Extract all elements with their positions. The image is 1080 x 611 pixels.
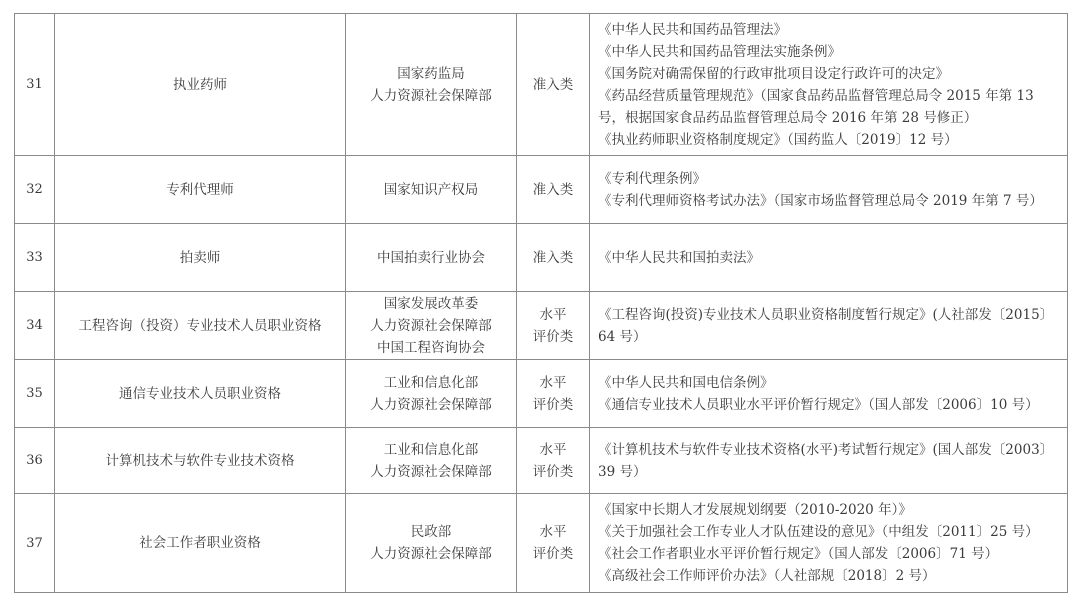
qualification-type-cell: 水平评价类 — [517, 292, 590, 360]
legal-basis-line: 《中华人民共和国药品管理法》 — [598, 19, 1063, 41]
row-number-cell: 32 — [15, 156, 55, 224]
qualification-name-cell: 计算机技术与软件专业技术资格 — [55, 428, 346, 494]
table-row: 32专利代理师国家知识产权局准入类《专利代理条例》《专利代理师资格考试办法》（国… — [15, 156, 1068, 224]
legal-basis-line: 《中华人民共和国药品管理法实施条例》 — [598, 41, 1063, 63]
table-row: 36计算机技术与软件专业技术资格工业和信息化部人力资源社会保障部水平评价类《计算… — [15, 428, 1068, 494]
table-row: 37社会工作者职业资格民政部人力资源社会保障部水平评价类《国家中长期人才发展规划… — [15, 494, 1068, 593]
table-body: 31执业药师国家药监局人力资源社会保障部准入类《中华人民共和国药品管理法》《中华… — [15, 14, 1068, 593]
qualification-type-cell: 准入类 — [517, 224, 590, 292]
department-name: 工业和信息化部 — [346, 372, 516, 394]
qualification-name-cell: 社会工作者职业资格 — [55, 494, 346, 593]
legal-basis-cell: 《计算机技术与软件专业技术资格(水平)考试暂行规定》(国人部发〔2003〕39 … — [590, 428, 1068, 494]
legal-basis-line: 《通信专业技术人员职业水平评价暂行规定》（国人部发〔2006〕10 号） — [598, 394, 1063, 416]
legal-basis-line: 《高级社会工作师评价办法》（人社部规〔2018〕2 号） — [598, 565, 1063, 587]
department-name: 中国工程咨询协会 — [346, 337, 516, 359]
legal-basis-line: 《国家中长期人才发展规划纲要（2010-2020 年）》 — [598, 499, 1063, 521]
qualification-type: 准入类 — [517, 74, 589, 96]
legal-basis-cell: 《工程咨询(投资)专业技术人员职业资格制度暂行规定》(人社部发〔2015〕64 … — [590, 292, 1068, 360]
row-number-cell: 36 — [15, 428, 55, 494]
row-number: 35 — [26, 386, 43, 401]
legal-basis-line: 64 号） — [598, 326, 1063, 348]
qualification-type-cell: 水平评价类 — [517, 494, 590, 593]
department-name: 人力资源社会保障部 — [346, 315, 516, 337]
qualification-type: 准入类 — [517, 179, 589, 201]
qualification-type-cell: 水平评价类 — [517, 428, 590, 494]
qualification-type: 评价类 — [517, 461, 589, 483]
legal-basis-line: 《关于加强社会工作专业人才队伍建设的意见》（中组发〔2011〕25 号） — [598, 521, 1063, 543]
row-number-cell: 33 — [15, 224, 55, 292]
legal-basis-line: 《国务院对确需保留的行政审批项目设定行政许可的决定》 — [598, 63, 1063, 85]
department-cell: 中国拍卖行业协会 — [346, 224, 517, 292]
legal-basis-line: 《专利代理条例》 — [598, 168, 1063, 190]
qualification-name: 社会工作者职业资格 — [55, 532, 345, 554]
legal-basis-line: 《药品经营质量管理规范》（国家食品药品监督管理总局令 2015 年第 13 — [598, 85, 1063, 107]
department-name: 国家知识产权局 — [346, 179, 516, 201]
department-cell: 民政部人力资源社会保障部 — [346, 494, 517, 593]
qualification-name: 通信专业技术人员职业资格 — [55, 383, 345, 405]
legal-basis-cell: 《中华人民共和国电信条例》《通信专业技术人员职业水平评价暂行规定》（国人部发〔2… — [590, 360, 1068, 428]
legal-basis-line: 《计算机技术与软件专业技术资格(水平)考试暂行规定》(国人部发〔2003〕 — [598, 439, 1063, 461]
qualification-type: 评价类 — [517, 326, 589, 348]
department-cell: 工业和信息化部人力资源社会保障部 — [346, 360, 517, 428]
legal-basis-line: 《中华人民共和国拍卖法》 — [598, 247, 1063, 269]
table-row: 31执业药师国家药监局人力资源社会保障部准入类《中华人民共和国药品管理法》《中华… — [15, 14, 1068, 156]
department-name: 人力资源社会保障部 — [346, 85, 516, 107]
qualification-type-cell: 准入类 — [517, 14, 590, 156]
qualification-name: 计算机技术与软件专业技术资格 — [55, 450, 345, 472]
department-name: 中国拍卖行业协会 — [346, 247, 516, 269]
legal-basis-cell: 《专利代理条例》《专利代理师资格考试办法》（国家市场监督管理总局令 2019 年… — [590, 156, 1068, 224]
qualification-name: 执业药师 — [55, 74, 345, 96]
legal-basis-line: 号，根据国家食品药品监督管理总局令 2016 年第 28 号修正） — [598, 107, 1063, 129]
legal-basis-line: 《执业药师职业资格制度规定》（国药监人〔2019〕12 号） — [598, 129, 1063, 151]
department-cell: 国家发展改革委人力资源社会保障部中国工程咨询协会 — [346, 292, 517, 360]
qualification-type: 水平 — [517, 304, 589, 326]
legal-basis-line: 39 号） — [598, 461, 1063, 483]
qualification-name-cell: 拍卖师 — [55, 224, 346, 292]
qualification-type: 准入类 — [517, 247, 589, 269]
qualification-type: 水平 — [517, 521, 589, 543]
department-name: 民政部 — [346, 521, 516, 543]
qualification-type: 评价类 — [517, 394, 589, 416]
qualification-type-cell: 水平评价类 — [517, 360, 590, 428]
qualification-name-cell: 通信专业技术人员职业资格 — [55, 360, 346, 428]
row-number: 33 — [26, 250, 43, 265]
qualification-name-cell: 工程咨询（投资）专业技术人员职业资格 — [55, 292, 346, 360]
row-number: 37 — [26, 536, 43, 551]
department-name: 人力资源社会保障部 — [346, 461, 516, 483]
row-number: 31 — [26, 77, 43, 92]
department-name: 人力资源社会保障部 — [346, 543, 516, 565]
qualification-type: 水平 — [517, 372, 589, 394]
legal-basis-cell: 《中华人民共和国药品管理法》《中华人民共和国药品管理法实施条例》《国务院对确需保… — [590, 14, 1068, 156]
department-cell: 国家知识产权局 — [346, 156, 517, 224]
table-row: 35通信专业技术人员职业资格工业和信息化部人力资源社会保障部水平评价类《中华人民… — [15, 360, 1068, 428]
legal-basis-line: 《工程咨询(投资)专业技术人员职业资格制度暂行规定》(人社部发〔2015〕 — [598, 304, 1063, 326]
department-name: 工业和信息化部 — [346, 439, 516, 461]
qualification-name: 拍卖师 — [55, 247, 345, 269]
department-cell: 工业和信息化部人力资源社会保障部 — [346, 428, 517, 494]
qualification-name: 工程咨询（投资）专业技术人员职业资格 — [55, 315, 345, 337]
row-number: 32 — [26, 182, 43, 197]
row-number-cell: 34 — [15, 292, 55, 360]
qualification-type: 评价类 — [517, 543, 589, 565]
table-row: 33拍卖师中国拍卖行业协会准入类《中华人民共和国拍卖法》 — [15, 224, 1068, 292]
qualification-name: 专利代理师 — [55, 179, 345, 201]
row-number-cell: 31 — [15, 14, 55, 156]
qualification-type-cell: 准入类 — [517, 156, 590, 224]
row-number-cell: 35 — [15, 360, 55, 428]
department-name: 人力资源社会保障部 — [346, 394, 516, 416]
row-number-cell: 37 — [15, 494, 55, 593]
table-row: 34工程咨询（投资）专业技术人员职业资格国家发展改革委人力资源社会保障部中国工程… — [15, 292, 1068, 360]
department-name: 国家发展改革委 — [346, 293, 516, 315]
department-name: 国家药监局 — [346, 63, 516, 85]
qualification-name-cell: 执业药师 — [55, 14, 346, 156]
legal-basis-cell: 《国家中长期人才发展规划纲要（2010-2020 年）》《关于加强社会工作专业人… — [590, 494, 1068, 593]
qualification-name-cell: 专利代理师 — [55, 156, 346, 224]
legal-basis-line: 《社会工作者职业水平评价暂行规定》（国人部发〔2006〕71 号） — [598, 543, 1063, 565]
legal-basis-cell: 《中华人民共和国拍卖法》 — [590, 224, 1068, 292]
qualification-table: 31执业药师国家药监局人力资源社会保障部准入类《中华人民共和国药品管理法》《中华… — [14, 13, 1068, 593]
legal-basis-line: 《中华人民共和国电信条例》 — [598, 372, 1063, 394]
legal-basis-line: 《专利代理师资格考试办法》（国家市场监督管理总局令 2019 年第 7 号） — [598, 190, 1063, 212]
row-number: 36 — [26, 453, 43, 468]
row-number: 34 — [26, 318, 43, 333]
qualification-type: 水平 — [517, 439, 589, 461]
department-cell: 国家药监局人力资源社会保障部 — [346, 14, 517, 156]
